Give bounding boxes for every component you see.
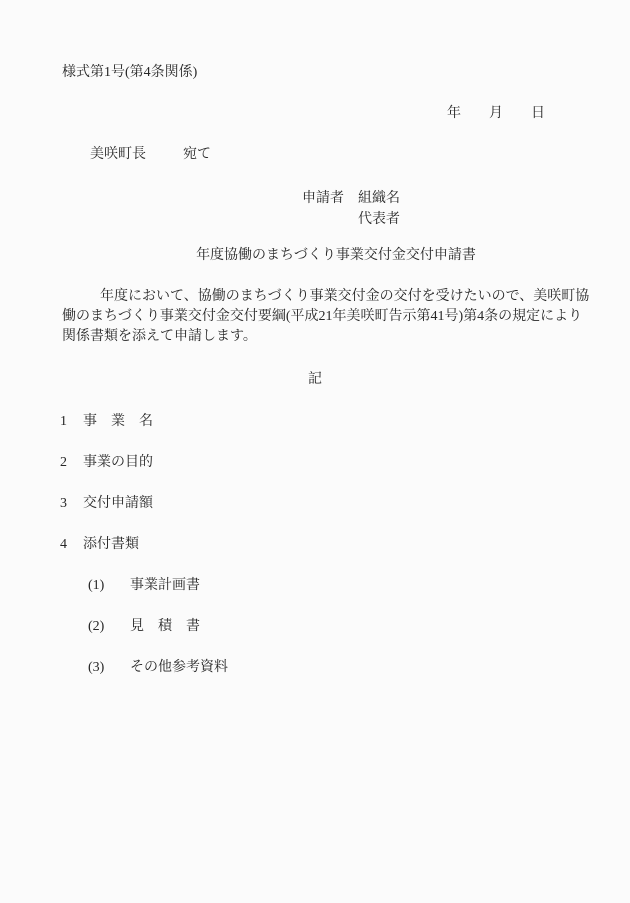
attachment-number: (1) [88,577,130,595]
document-page: 様式第1号(第4条関係) 年 月 日 美咲町長 宛て 申請者 組織名 代表者 年… [0,0,630,903]
item-label: 事業の目的 [83,454,153,472]
attachment-label: 見 積 書 [130,618,200,636]
item-label: 添付書類 [83,536,139,554]
document-title: 年度協働のまちづくり事業交付金交付申請書 [0,247,630,265]
date-line: 年 月 日 [447,105,545,123]
addressee-line: 美咲町長 宛て [90,146,211,164]
attachment-item-estimate: (2) 見 積 書 [88,618,200,636]
item-number: 1 [60,413,83,431]
list-item-attached-documents: 4 添付書類 [60,536,139,554]
attachment-number: (3) [88,659,130,677]
applicant-representative: 代表者 [358,209,400,230]
list-item-business-purpose: 2 事業の目的 [60,454,153,472]
item-label: 交付申請額 [83,495,153,513]
applicant-org-row: 申請者 組織名 [302,188,400,209]
applicant-label-spacer [302,209,358,230]
item-number: 2 [60,454,83,472]
item-number: 3 [60,495,83,513]
applicant-rep-row: 代表者 [302,209,400,230]
body-line-2: 働のまちづくり事業交付金交付要綱(平成21年美咲町告示第41号)第4条の規定によ… [62,307,589,327]
list-item-grant-amount: 3 交付申請額 [60,495,153,513]
form-number-label: 様式第1号(第4条関係) [62,64,197,82]
addressee-name: 美咲町長 [90,146,146,164]
applicant-organization: 組織名 [358,188,400,209]
applicant-label: 申請者 [302,188,358,209]
body-paragraph: 年度において、協働のまちづくり事業交付金の交付を受けたいので、美咲町協 働のまち… [62,287,589,347]
list-item-business-name: 1 事 業 名 [60,413,153,431]
record-heading: 記 [0,371,630,389]
item-number: 4 [60,536,83,554]
attachment-item-business-plan: (1) 事業計画書 [88,577,200,595]
applicant-block: 申請者 組織名 代表者 [302,188,400,230]
attachment-number: (2) [88,618,130,636]
attachment-item-reference-materials: (3) その他参考資料 [88,659,228,677]
attachment-label: その他参考資料 [130,659,228,677]
addressee-suffix: 宛て [183,146,211,164]
attachment-label: 事業計画書 [130,577,200,595]
body-line-3: 関係書類を添えて申請します。 [62,327,589,347]
item-label: 事 業 名 [83,413,153,431]
body-line-1: 年度において、協働のまちづくり事業交付金の交付を受けたいので、美咲町協 [62,287,589,307]
